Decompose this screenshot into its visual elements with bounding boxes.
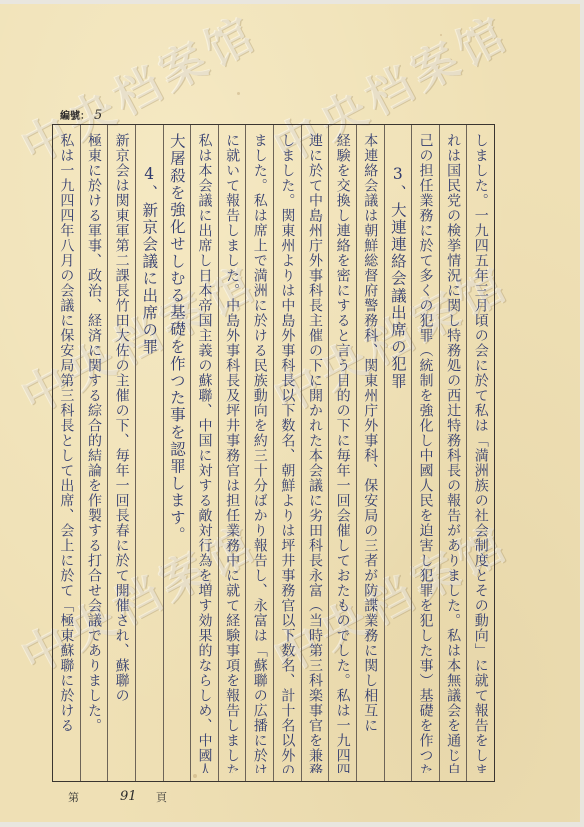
text-column: 連に於て中島州庁外事科長主催の下に開かれた本会議に劣田科長永富（当時第三科楽事官… <box>301 125 329 781</box>
column-text: しました。一九四五年三月頃の会に於て私は「満洲族の社会制度とその動向」に就て報告… <box>471 133 491 773</box>
text-column: 大屠殺を強化せしむる基礎を作つた事を認罪します。 <box>163 125 191 781</box>
text-column: 本連絡会議は朝鮮総督府警務科、関東州庁外事科、保安局の三者が防諜業務に関し相互に <box>356 125 384 781</box>
page-suffix: 頁 <box>156 789 167 805</box>
page-prefix: 第 <box>68 789 120 805</box>
column-text: に就いて報告しました。中島外事科長及坪井事務官は担任業務中に就て経験事項を報告し… <box>222 133 242 773</box>
text-column: 己の担任業務に於て多くの犯罪（統制を強化し中國人民を迫害し犯罪を犯した事）基礎を… <box>411 125 439 781</box>
column-text: 私は一九四四年八月の会議に保安局第三科長として出席、会上に於て「極東蘇聯に於ける <box>56 133 76 773</box>
column-text: 本連絡会議は朝鮮総督府警務科、関東州庁外事科、保安局の三者が防諜業務に関し相互に <box>360 133 380 773</box>
column-text: 3、大連連絡会議出席の犯罪 <box>388 165 408 805</box>
column-text: 4、新京会議に出席の罪 <box>139 165 159 805</box>
text-column: ました。私は席上で満洲に於ける民族動向を約三十分ばかり報告し、永富は「蘇聯の広播… <box>245 125 273 781</box>
text-column: 新京会は関東軍第二課長竹田大佐の主催の下、毎年一回長春に於て開催され、蘇聯の <box>107 125 135 781</box>
paper-stain <box>237 92 240 95</box>
column-text: 己の担任業務に於て多くの犯罪（統制を強化し中國人民を迫害し犯罪を犯した事）基礎を… <box>415 133 435 773</box>
text-column: に就いて報告しました。中島外事科長及坪井事務官は担任業務中に就て経験事項を報告し… <box>218 125 246 781</box>
column-text: しました。関東州よりは中島外事科長以下数名、朝鮮よりは坪井事務官以下数名、計十名… <box>277 133 297 773</box>
text-column: 4、新京会議に出席の罪 <box>135 125 163 781</box>
column-text: れは国民党の検挙情況に関し特務処の西辻特務科長の報告がありました。私は本無議会を… <box>443 133 463 773</box>
text-column: 私は本会議に出席し日本帝国主義の蘇聯、中国に対する敵対行為を増す効果的ならしめ、… <box>190 125 218 781</box>
column-text: ました。私は席上で満洲に於ける民族動向を約三十分ばかり報告し、永富は「蘇聯の広播… <box>250 133 270 773</box>
column-text: 経験を交換し連絡を密にすると言う目的の下に毎年一回会催しておたものでした。私は一… <box>333 133 353 773</box>
page-footer: 第 91 頁 <box>68 789 167 805</box>
column-text: 極東に於ける軍事、政治、経済に関する綜合的結論を作製する打合せ会議でありました。 <box>84 133 104 773</box>
column-text: 私は本会議に出席し日本帝国主義の蘇聯、中国に対する敵対行為を増す効果的ならしめ、… <box>194 133 214 773</box>
manuscript-grid: しました。一九四五年三月頃の会に於て私は「満洲族の社会制度とその動向」に就て報告… <box>52 124 495 782</box>
text-column: 3、大連連絡会議出席の犯罪 <box>384 125 412 781</box>
serial-label: 編號： <box>60 111 90 122</box>
serial-value: 5 <box>94 108 102 123</box>
column-text: 新京会は関東軍第二課長竹田大佐の主催の下、毎年一回長春に於て開催され、蘇聯の <box>112 133 132 773</box>
text-column: しました。関東州よりは中島外事科長以下数名、朝鮮よりは坪井事務官以下数名、計十名… <box>273 125 301 781</box>
page-number: 91 <box>120 789 156 805</box>
document-page: 中央档案馆 中央档案馆 中央档案馆 中央档案馆 中央档案馆 中央档案馆 編號：5… <box>0 4 580 822</box>
text-column: れは国民党の検挙情況に関し特務処の西辻特務科長の報告がありました。私は本無議会を… <box>439 125 467 781</box>
text-column: 経験を交換し連絡を密にすると言う目的の下に毎年一回会催しておたものでした。私は一… <box>328 125 356 781</box>
column-text: 連に於て中島州庁外事科長主催の下に開かれた本会議に劣田科長永富（当時第三科楽事官… <box>305 133 325 773</box>
text-column: 極東に於ける軍事、政治、経済に関する綜合的結論を作製する打合せ会議でありました。 <box>80 125 108 781</box>
column-text: 大屠殺を強化せしむる基礎を作つた事を認罪します。 <box>167 133 187 773</box>
text-column: しました。一九四五年三月頃の会に於て私は「満洲族の社会制度とその動向」に就て報告… <box>466 125 494 781</box>
text-column: 私は一九四四年八月の会議に保安局第三科長として出席、会上に於て「極東蘇聯に於ける <box>53 125 80 781</box>
paper-stain <box>440 34 442 36</box>
serial-number: 編號：5 <box>60 107 102 123</box>
